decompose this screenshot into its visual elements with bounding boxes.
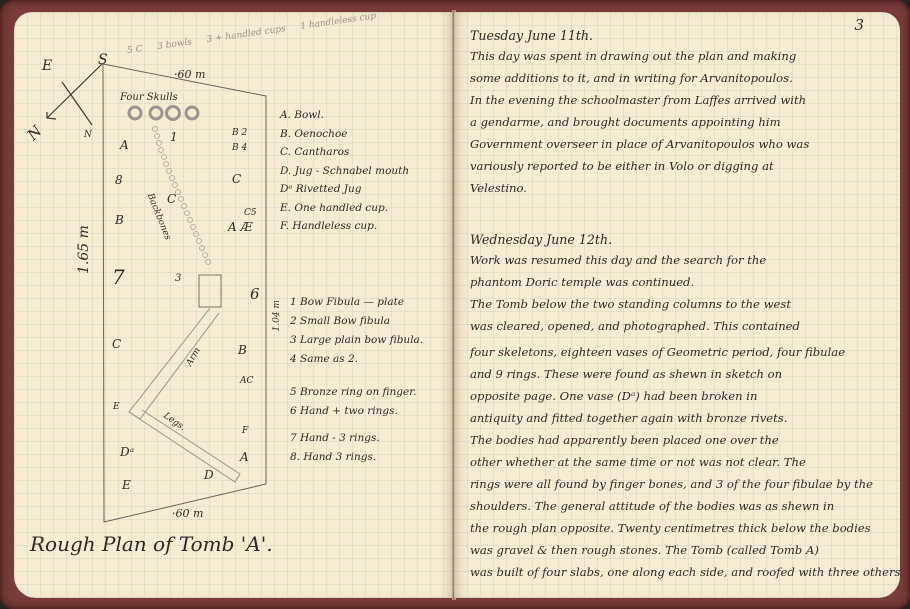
- legend-item: B. Oenochoe: [280, 125, 409, 144]
- compass-south: S: [98, 52, 108, 68]
- four-skulls-label: Four Skulls: [120, 92, 178, 103]
- marker-B: B: [115, 213, 124, 227]
- dimension-bottom: ·60 m: [172, 507, 203, 520]
- marker-B2: B 2: [232, 128, 247, 138]
- entry-line: was built of four slabs, one along each …: [470, 561, 890, 583]
- legend-item: D. Jug - Schnabel mouth: [280, 162, 409, 181]
- entry-line: Work was resumed this day and the search…: [470, 249, 890, 271]
- dimension-left: 1.65 m: [76, 225, 92, 274]
- diary-entry-tuesday: Tuesday June 11th. This day was spent in…: [470, 28, 890, 199]
- entry-line: Government overseer in place of Arvanito…: [470, 133, 890, 155]
- entry-line: some additions to it, and in writing for…: [470, 67, 890, 89]
- marker-A: A: [120, 138, 129, 152]
- legend-item: 5 Bronze ring on finger.: [290, 383, 423, 402]
- pencil-note: 5 C: [127, 44, 144, 56]
- entry-line: shoulders. The general attitude of the b…: [470, 495, 890, 517]
- entry-line: opposite page. One vase (Dᵃ) had been br…: [470, 385, 890, 407]
- skulls-icon: [129, 107, 198, 120]
- marker-C: C: [232, 172, 241, 186]
- legend-item: F. Handleless cup.: [280, 217, 409, 236]
- legend-item: Dᵃ Rivetted Jug: [280, 180, 409, 199]
- marker-8: 8: [115, 173, 123, 187]
- diary-entries: Tuesday June 11th. This day was spent in…: [470, 28, 890, 583]
- entry-line: four skeletons, eighteen vases of Geomet…: [470, 341, 890, 363]
- entry-line: was cleared, opened, and photographed. T…: [470, 315, 890, 337]
- marker-6: 6: [250, 285, 260, 303]
- entry-line: The Tomb below the two standing columns …: [470, 293, 890, 315]
- marker-A: A: [240, 450, 249, 464]
- legend-item: 7 Hand - 3 rings.: [290, 429, 423, 448]
- entry-date: Tuesday June 11th.: [470, 28, 890, 43]
- pelvis-box: [199, 275, 221, 307]
- marker-B4: B 4: [232, 143, 247, 153]
- entry-line: the rough plan opposite. Twenty centimet…: [470, 517, 890, 539]
- legend-item: 6 Hand + two rings.: [290, 402, 423, 421]
- marker-AE: A Æ: [228, 220, 253, 234]
- dimension-top: ·60 m: [174, 68, 205, 81]
- right-page: 3 Tuesday June 11th. This day was spent …: [454, 12, 900, 598]
- legend-item: 4 Same as 2.: [290, 350, 423, 369]
- marker-E: E: [122, 478, 131, 492]
- entry-line: other whether at the same time or not wa…: [470, 451, 890, 473]
- entry-line: In the evening the schoolmaster from Laf…: [470, 89, 890, 111]
- entry-line: rings were all found by finger bones, an…: [470, 473, 890, 495]
- marker-F: F: [242, 426, 248, 436]
- legend-item: 3 Large plain bow fibula.: [290, 331, 423, 350]
- legend-item: 2 Small Bow fibula: [290, 312, 423, 331]
- marker-E: E: [113, 402, 120, 412]
- entry-line: a gendarme, and brought documents appoin…: [470, 111, 890, 133]
- entry-line: phantom Doric temple was continued.: [470, 271, 890, 293]
- legend-item: 8. Hand 3 rings.: [290, 448, 423, 467]
- entry-line: Velestino.: [470, 177, 890, 199]
- entry-line: was gravel & then rough stones. The Tomb…: [470, 539, 890, 561]
- marker-3: 3: [175, 273, 181, 284]
- left-page: 5 C 3 bowls 3 + handled cups 1 handleles…: [14, 12, 454, 598]
- entry-line: This day was spent in drawing out the pl…: [470, 45, 890, 67]
- legend-objects: 1 Bow Fibula — plate 2 Small Bow fibula …: [290, 293, 423, 467]
- backbone-icon: [153, 127, 211, 265]
- plan-caption: Rough Plan of Tomb 'A'.: [30, 532, 273, 556]
- marker-B: B: [238, 343, 247, 357]
- legend-item: E. One handled cup.: [280, 199, 409, 218]
- marker-AC: AC: [240, 376, 253, 386]
- marker-1: 1: [170, 130, 178, 144]
- legend-vases: A. Bowl. B. Oenochoe C. Cantharos D. Jug…: [280, 106, 409, 236]
- legend-item: 1 Bow Fibula — plate: [290, 293, 423, 312]
- diary-entry-wednesday: Wednesday June 12th. Work was resumed th…: [470, 232, 890, 583]
- marker-C: C: [167, 192, 176, 206]
- marker-C5: C5: [244, 208, 257, 218]
- compass-east: E: [42, 58, 52, 74]
- marker-7: 7: [112, 265, 125, 289]
- marker-D: D: [204, 468, 214, 482]
- compass-north-small: N: [84, 130, 92, 140]
- dimension-right: 1.04 m: [272, 300, 282, 331]
- limbs: [129, 308, 240, 482]
- entry-line: antiquity and fitted together again with…: [470, 407, 890, 429]
- entry-line: variously reported to be either in Volo …: [470, 155, 890, 177]
- legend-item: A. Bowl.: [280, 106, 409, 125]
- marker-Da: Dᵃ: [120, 445, 134, 459]
- entry-line: The bodies had apparently been placed on…: [470, 429, 890, 451]
- compass-icon: [47, 64, 102, 125]
- entry-date: Wednesday June 12th.: [470, 232, 890, 247]
- entry-line: and 9 rings. These were found as shewn i…: [470, 363, 890, 385]
- legend-item: C. Cantharos: [280, 143, 409, 162]
- marker-C: C: [112, 337, 121, 351]
